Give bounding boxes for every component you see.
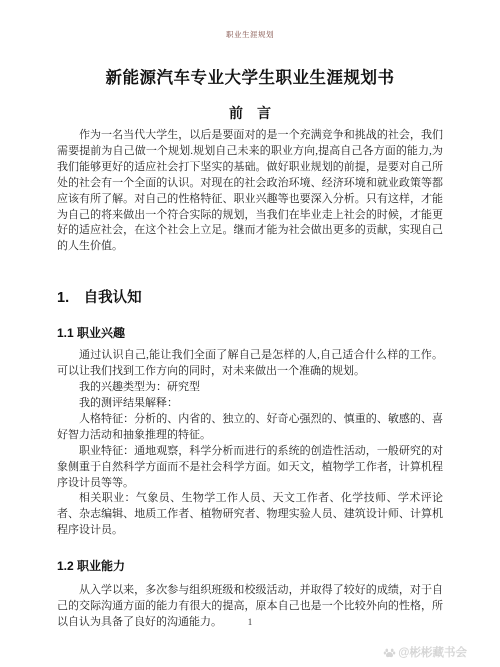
foreword-body: 作为一名当代大学生，以后是要面对的是一个充满竞争和挑战的社会，我们需要提前为自己…: [57, 128, 443, 255]
paragraph-test-result: 我的测评结果解释：: [57, 396, 443, 412]
document-title: 新能源汽车专业大学生职业生涯规划书: [57, 64, 443, 88]
document-page: 职业生涯规划 新能源汽车专业大学生职业生涯规划书 前 言 作为一名当代大学生，以…: [0, 0, 500, 667]
paragraph-interest-intro: 通过认识自己,能让我们全面了解自己是怎样的人,自己适合什么样的工作。可以让我们找…: [57, 348, 443, 380]
section-1-heading: 1. 自我认知: [57, 286, 443, 307]
page-number: 1: [0, 617, 500, 627]
watermark: @彬彬藏书会: [383, 644, 467, 660]
section-1-1-body: 通过认识自己,能让我们全面了解自己是怎样的人,自己适合什么样的工作。可以让我们找…: [57, 348, 443, 539]
paragraph-related-careers: 相关职业：气象员、生物学工作人员、天文工作者、化学技师、学术评论者、杂志编辑、地…: [57, 491, 443, 539]
paragraph-career-traits: 职业特征：通地观察，科学分析而进行的系统的创造性活动，一般研究的对象侧重于自然科…: [57, 444, 443, 492]
foreword-paragraph: 作为一名当代大学生，以后是要面对的是一个充满竞争和挑战的社会，我们需要提前为自己…: [57, 128, 443, 255]
running-header: 职业生涯规划: [57, 0, 443, 40]
foreword-heading: 前 言: [57, 103, 443, 123]
section-1-1-heading: 1.1 职业兴趣: [57, 324, 443, 341]
paragraph-interest-type: 我的兴趣类型为：研究型: [57, 380, 443, 396]
section-1-2-heading: 1.2 职业能力: [57, 557, 443, 574]
watermark-text: @彬彬藏书会: [398, 644, 467, 660]
paw-icon: [383, 646, 396, 659]
paragraph-personality-traits: 人格特征：分析的、内省的、独立的、好奇心强烈的、慎重的、敏感的、喜好智力活动和抽…: [57, 412, 443, 444]
